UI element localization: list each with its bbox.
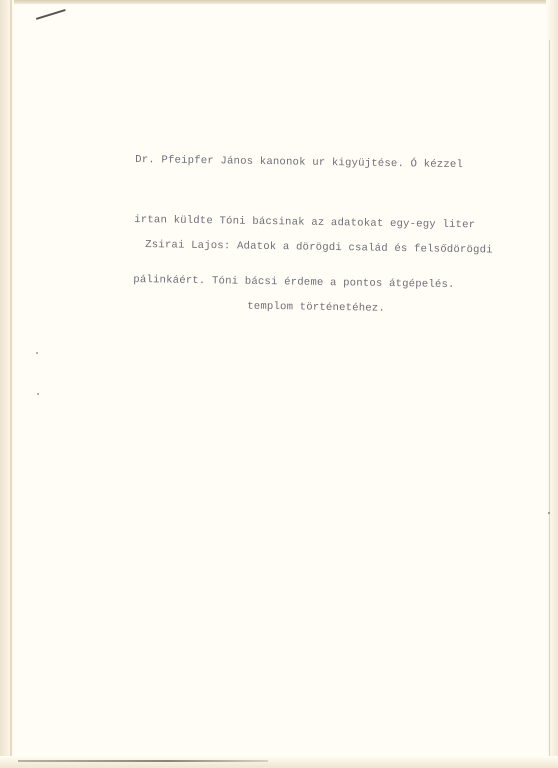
- text-line: Zsirai Lajos: Adatok a dörögdi család és…: [145, 235, 493, 260]
- paper-edge-bottom-shadow: [18, 760, 268, 762]
- paper-edge-right: [546, 0, 558, 768]
- pen-stroke-mark: [36, 9, 66, 20]
- paragraph-reference: Zsirai Lajos: Adatok a dörögdi család és…: [143, 195, 493, 360]
- speck: [548, 512, 550, 514]
- paper-edge-bottom: [0, 756, 558, 768]
- paper-edge-right-line: [549, 40, 550, 760]
- paper-edge-left-line: [10, 0, 12, 768]
- typewritten-page: Dr. Pfeipfer János kanonok ur kigyüjtése…: [0, 0, 558, 768]
- speck: [36, 352, 38, 354]
- text-line: Dr. Pfeipfer János kanonok ur kigyüjtése…: [135, 150, 476, 175]
- text-line: templom történetéhez.: [144, 295, 492, 320]
- speck: [37, 393, 39, 395]
- paper-edge-top: [0, 0, 558, 4]
